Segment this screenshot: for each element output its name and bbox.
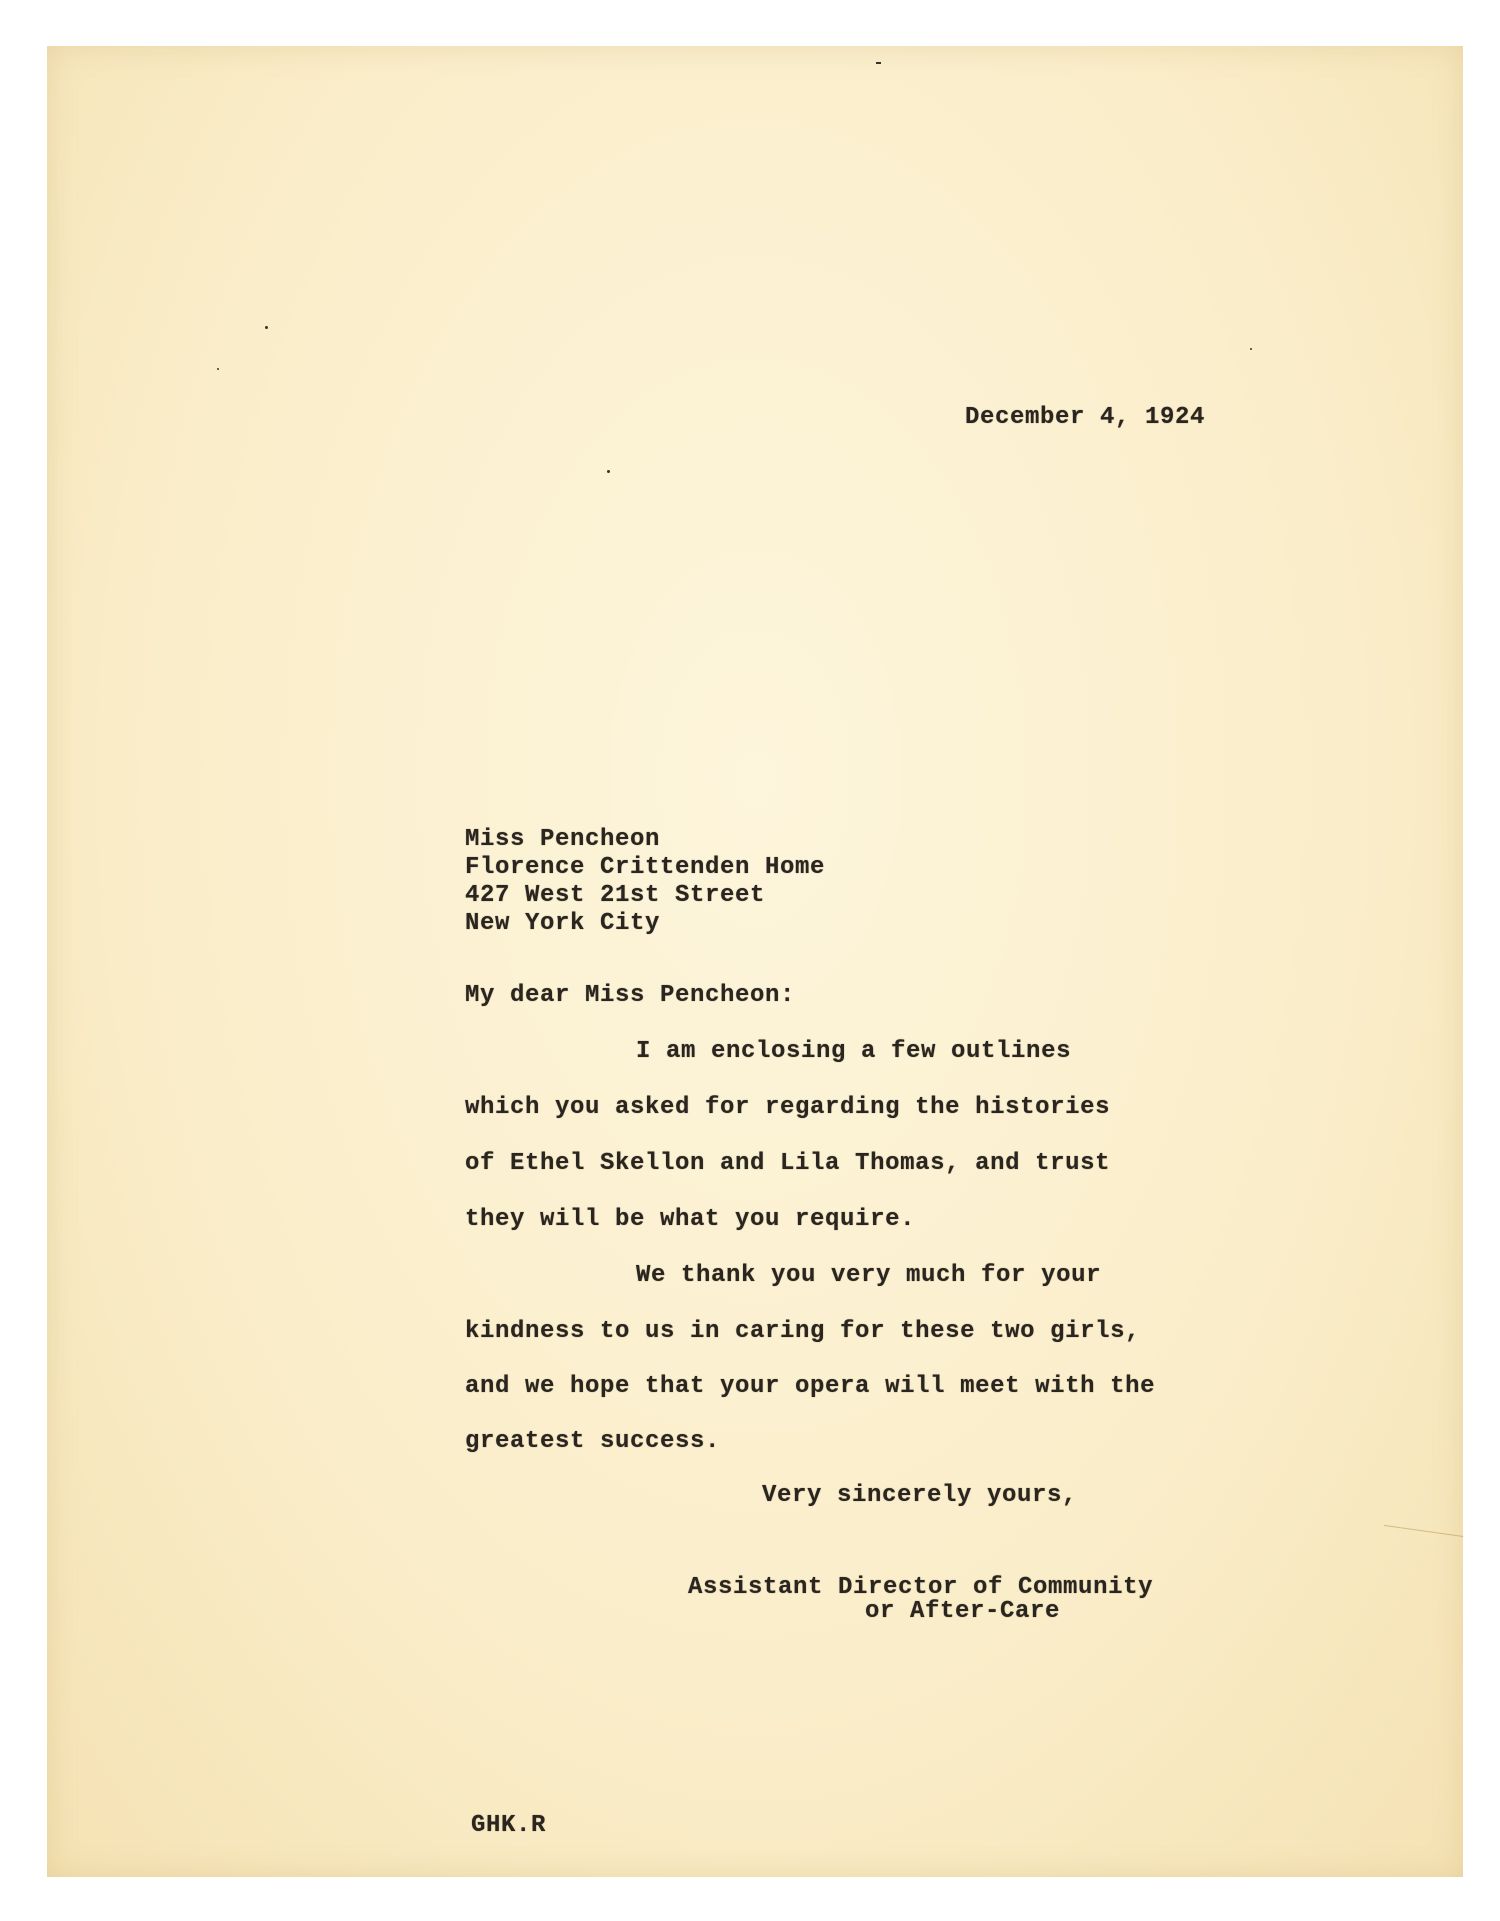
body-line: greatest success. bbox=[465, 1428, 720, 1456]
body-line: and we hope that your opera will meet wi… bbox=[465, 1373, 1155, 1401]
letter-page: December 4, 1924 Miss Pencheon Florence … bbox=[47, 46, 1463, 1877]
recipient-name: Miss Pencheon bbox=[465, 826, 660, 854]
ink-speck bbox=[217, 368, 219, 370]
ink-speck bbox=[265, 326, 268, 329]
body-line: of Ethel Skellon and Lila Thomas, and tr… bbox=[465, 1150, 1110, 1178]
ink-speck bbox=[607, 470, 610, 473]
reference-initials: GHK.R bbox=[471, 1812, 546, 1840]
recipient-organization: Florence Crittenden Home bbox=[465, 854, 825, 882]
recipient-street: 427 West 21st Street bbox=[465, 882, 765, 910]
signature-title-line: or After-Care bbox=[865, 1598, 1060, 1626]
body-line: We thank you very much for your bbox=[636, 1262, 1101, 1290]
ink-speck bbox=[876, 62, 881, 64]
closing: Very sincerely yours, bbox=[762, 1482, 1077, 1510]
letter-date: December 4, 1924 bbox=[965, 404, 1205, 432]
body-line: kindness to us in caring for these two g… bbox=[465, 1318, 1140, 1346]
body-line: they will be what you require. bbox=[465, 1206, 915, 1234]
recipient-city: New York City bbox=[465, 910, 660, 938]
body-line: which you asked for regarding the histor… bbox=[465, 1094, 1110, 1122]
body-line: I am enclosing a few outlines bbox=[636, 1038, 1071, 1066]
ink-speck bbox=[1250, 348, 1252, 350]
salutation: My dear Miss Pencheon: bbox=[465, 982, 795, 1010]
